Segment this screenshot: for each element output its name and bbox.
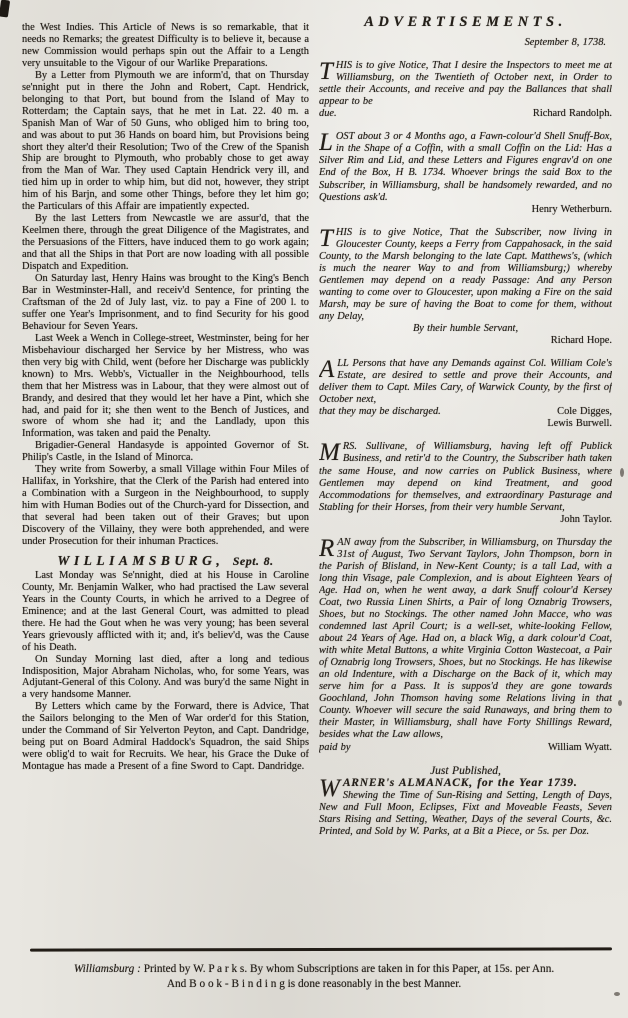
news-paragraph: They write from Sowerby, a small Village… — [22, 464, 309, 548]
imprint-city: Williamsburg : — [74, 963, 141, 975]
imprint-footer: Williamsburg : Printed by W. P a r k s. … — [0, 962, 628, 992]
closing-text: due. — [319, 108, 337, 120]
advert-body: RAN away from the Subscriber, in William… — [319, 537, 612, 742]
advert-ferry: THIS is to give Notice, That the Subscri… — [319, 227, 612, 347]
imprint-rest: Printed by W. P a r k s. By whom Subscri… — [141, 963, 554, 975]
advert-lost-snuffbox: LOST about 3 or 4 Months ago, a Fawn-col… — [319, 131, 612, 215]
news-paragraph: By the last Letters from Newcastle we ar… — [22, 213, 309, 273]
closing-text: that they may be discharged. — [319, 406, 441, 418]
advert-cole-estate: ALL Persons that have any Demands agains… — [319, 358, 612, 430]
news-paragraph: Last Monday was Se'nnight, died at his H… — [22, 570, 309, 654]
advert-almanack: Just Published, WARNER's ALMANACK, for t… — [319, 765, 612, 838]
drop-cap: T — [319, 60, 336, 81]
advert-body: ALL Persons that have any Demands agains… — [319, 358, 612, 406]
news-paragraph: Last Week a Wench in College-street, Wes… — [22, 333, 309, 441]
almanack-title: ARNER's ALMANACK, for the Year 1739. — [343, 777, 578, 789]
ink-smudge — [0, 0, 10, 18]
signature: Lewis Burwell. — [319, 418, 612, 430]
right-column: ADVERTISEMENTS. September 8, 1738. THIS … — [319, 16, 612, 948]
signature: William Wyatt. — [548, 742, 612, 754]
imprint-line2: And B o o k - B i n d i n g is done reas… — [0, 977, 628, 992]
drop-cap: M — [319, 441, 343, 462]
advert-runaways: RAN away from the Subscriber, in William… — [319, 537, 612, 754]
advert-body: MRS. Sullivane, of Williamsburg, having … — [319, 441, 612, 513]
closing-text: paid by — [319, 742, 350, 754]
signature-row: that they may be discharged. Cole Digges… — [319, 406, 612, 418]
signature: Henry Wetherburn. — [319, 204, 612, 216]
williamsburg-section-heading: WILLIAMSBURG, Sept. 8. — [22, 555, 309, 568]
advert-taylor-house: MRS. Sullivane, of Williamsburg, having … — [319, 441, 612, 525]
drop-cap: R — [319, 537, 337, 558]
drop-cap: T — [319, 227, 336, 248]
drop-cap: A — [319, 358, 337, 379]
signature: Richard Randolph. — [533, 108, 612, 120]
advert-dateline: September 8, 1738. — [319, 37, 606, 49]
news-paragraph: On Saturday last, Henry Hains was brough… — [22, 273, 309, 333]
newspaper-page: the West Indies. This Article of News is… — [0, 0, 628, 1018]
left-column: the West Indies. This Article of News is… — [22, 22, 309, 917]
footer-rule — [30, 947, 612, 951]
advertisements-heading: ADVERTISEMENTS. — [319, 16, 612, 28]
ink-speck — [620, 468, 624, 477]
almanack-body: WARNER's ALMANACK, for the Year 1739. Sh… — [319, 777, 612, 838]
closing-text: By their humble Servant, — [319, 323, 612, 335]
advert-body: LOST about 3 or 4 Months ago, a Fawn-col… — [319, 131, 612, 203]
advert-body: THIS is to give Notice, That the Subscri… — [319, 227, 612, 323]
ink-speck — [614, 992, 620, 996]
signature: Cole Digges, — [557, 406, 612, 418]
ink-speck — [618, 700, 622, 706]
advert-randolph: THIS is to give Notice, That I desire th… — [319, 60, 612, 120]
news-paragraph: Brigadier-General Handasyde is appointed… — [22, 440, 309, 464]
just-published-line: Just Published, — [319, 765, 612, 777]
news-paragraph: By a Letter from Plymouth we are inform'… — [22, 70, 309, 213]
signature-row: due. Richard Randolph. — [319, 108, 612, 120]
signature-row: paid by William Wyatt. — [319, 742, 612, 754]
signature: John Taylor. — [319, 514, 612, 526]
news-paragraph: By Letters which came by the Forward, th… — [22, 701, 309, 773]
imprint-line1: Williamsburg : Printed by W. P a r k s. … — [0, 962, 628, 977]
drop-cap: L — [319, 131, 336, 152]
section-date: Sept. 8. — [233, 554, 274, 568]
news-paragraph: the West Indies. This Article of News is… — [22, 22, 309, 70]
advert-body: THIS is to give Notice, That I desire th… — [319, 60, 612, 108]
signature: Richard Hope. — [319, 335, 612, 347]
drop-cap: W — [319, 777, 343, 798]
news-paragraph: On Sunday Morning last died, after a lon… — [22, 654, 309, 702]
section-city: WILLIAMSBURG, — [57, 553, 224, 568]
